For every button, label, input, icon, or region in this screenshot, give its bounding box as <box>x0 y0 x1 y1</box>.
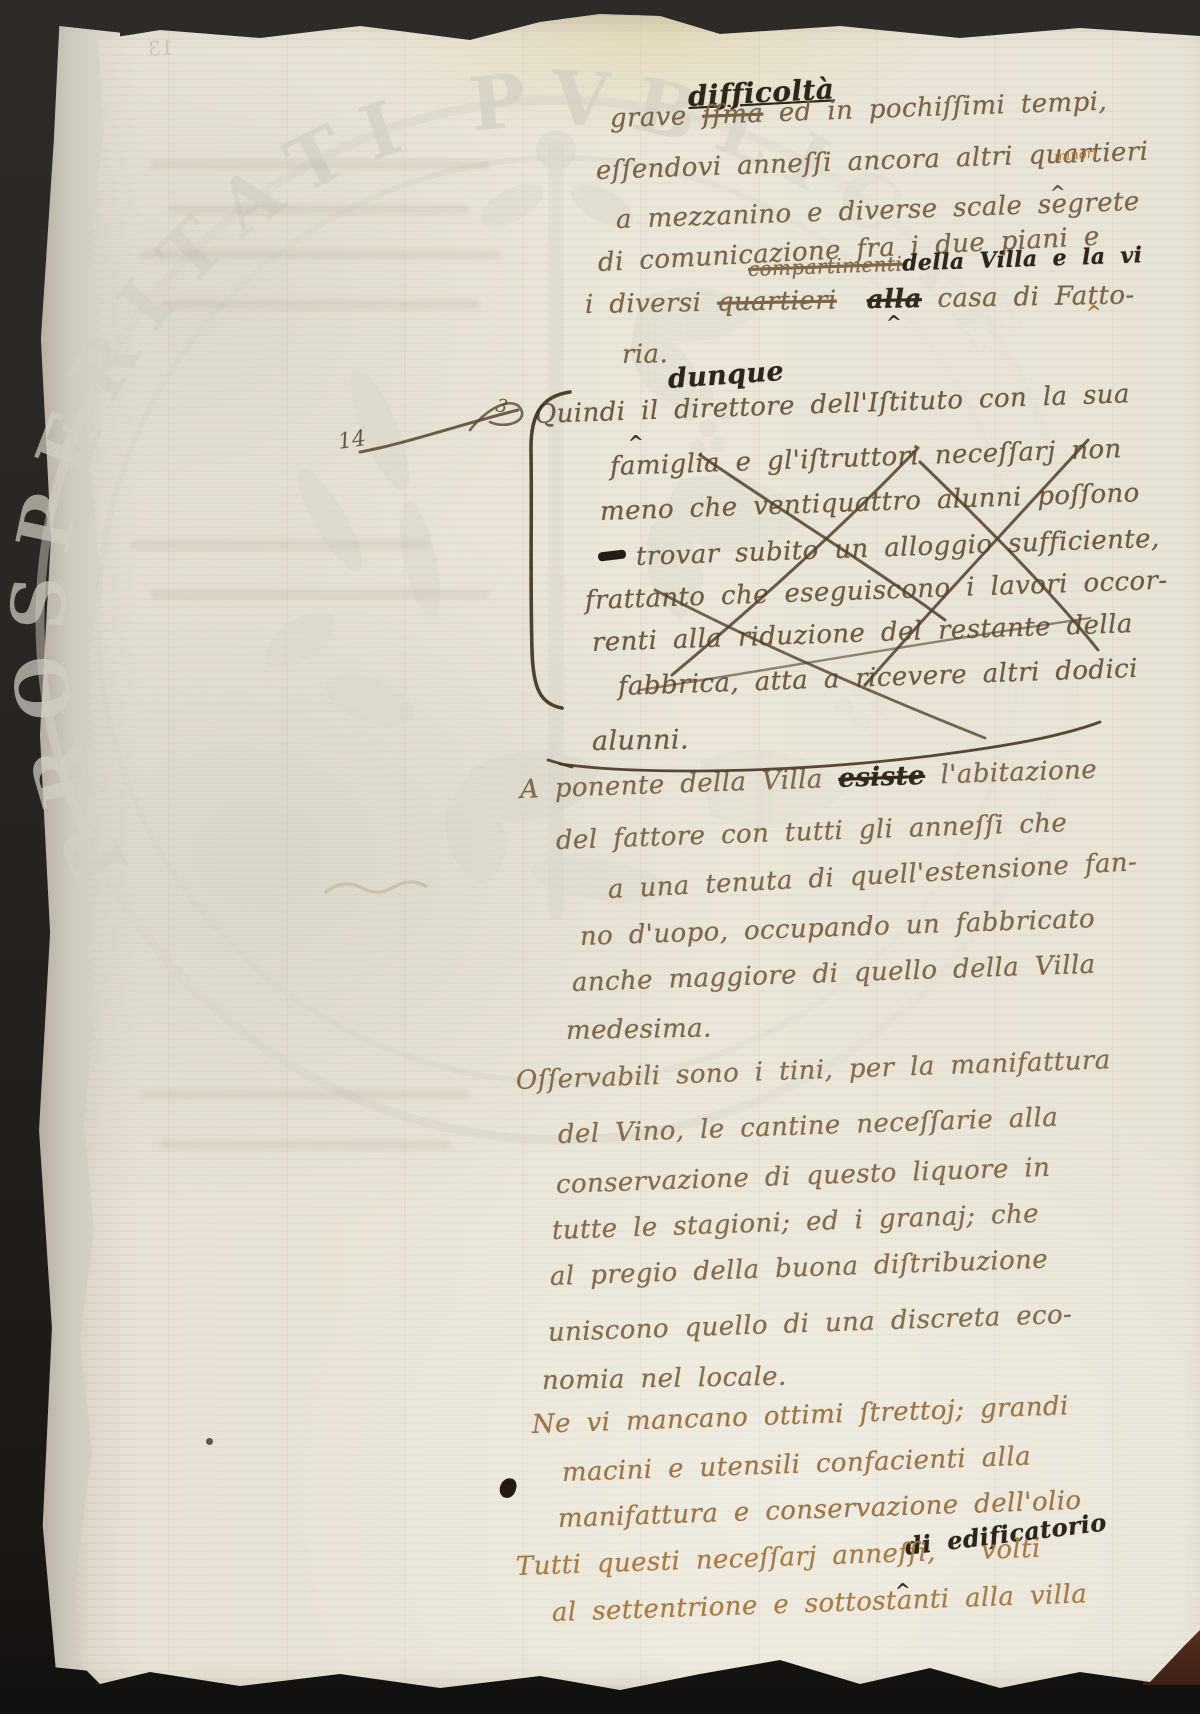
cancel-stroke <box>700 455 945 620</box>
manuscript-photo: { "ms": { "showthrough_number": "13", "m… <box>0 0 1200 1714</box>
underline-dash <box>548 760 572 767</box>
marginal-dash <box>360 410 518 452</box>
cancel-stroke <box>640 618 1090 690</box>
underline-flourish <box>560 722 1100 771</box>
revision-strokes-svg <box>0 0 1200 1714</box>
cancel-stroke <box>672 448 918 675</box>
paragraph-bracket <box>531 392 570 708</box>
faint-margin-scribble <box>326 882 426 892</box>
